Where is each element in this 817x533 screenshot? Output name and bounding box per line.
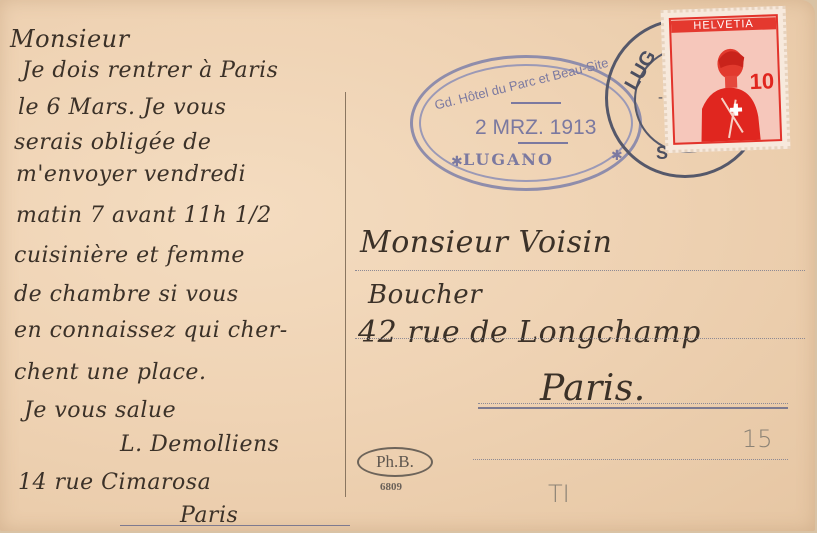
sender-underline xyxy=(120,525,350,526)
pencil-note-price: 15 xyxy=(742,425,773,453)
postage-stamp: HELVETIA 10 xyxy=(661,6,791,153)
publisher-number: 6809 xyxy=(380,481,402,493)
address-rule-1 xyxy=(355,270,805,271)
address-rule-3 xyxy=(478,403,788,404)
recipient-line-3: 42 rue de Longchamp xyxy=(358,315,701,350)
message-line-7: cuisinière et femme xyxy=(14,243,245,268)
cachet-lower-bar xyxy=(518,142,568,144)
publisher-logo: Ph.B. xyxy=(357,447,433,477)
message-line-9: en connaissez qui cher- xyxy=(14,318,288,343)
message-line-4: serais obligée de xyxy=(14,130,211,155)
cachet-city: LUGANO xyxy=(463,150,554,169)
star-icon: ✱ xyxy=(451,154,463,171)
message-line-10: chent une place. xyxy=(14,360,206,385)
pencil-note-code: TI xyxy=(548,480,570,508)
message-line-8: de chambre si vous xyxy=(14,282,239,307)
stamp-face: HELVETIA 10 xyxy=(669,14,782,145)
center-divider xyxy=(345,92,346,497)
message-line-2: Je dois rentrer à Paris xyxy=(22,58,278,83)
address-rule-4 xyxy=(473,459,788,460)
cachet-upper-bar xyxy=(511,102,561,104)
signature: L. Demolliens xyxy=(120,432,279,457)
address-rule-2 xyxy=(355,338,805,339)
message-line-3: le 6 Mars. Je vous xyxy=(18,95,226,120)
message-line-6: matin 7 avant 11h 1/2 xyxy=(16,203,272,228)
recipient-line-2: Boucher xyxy=(368,280,482,310)
recipient-line-1: Monsieur Voisin xyxy=(360,225,612,260)
address-rule-3-solid xyxy=(478,407,788,409)
message-line-1: Monsieur xyxy=(10,25,130,53)
sender-address: 14 rue Cimarosa xyxy=(18,470,211,495)
stamp-value: 10 xyxy=(749,68,774,95)
star-icon: ✱ xyxy=(611,148,623,165)
message-line-11: Je vous salue xyxy=(24,398,176,423)
postcard: Monsieur Je dois rentrer à Paris le 6 Ma… xyxy=(0,0,815,531)
cachet-date: 2 MRZ. 1913 xyxy=(475,116,596,140)
stamp-country: HELVETIA xyxy=(671,17,776,33)
message-line-5: m'envoyer vendredi xyxy=(16,162,246,187)
